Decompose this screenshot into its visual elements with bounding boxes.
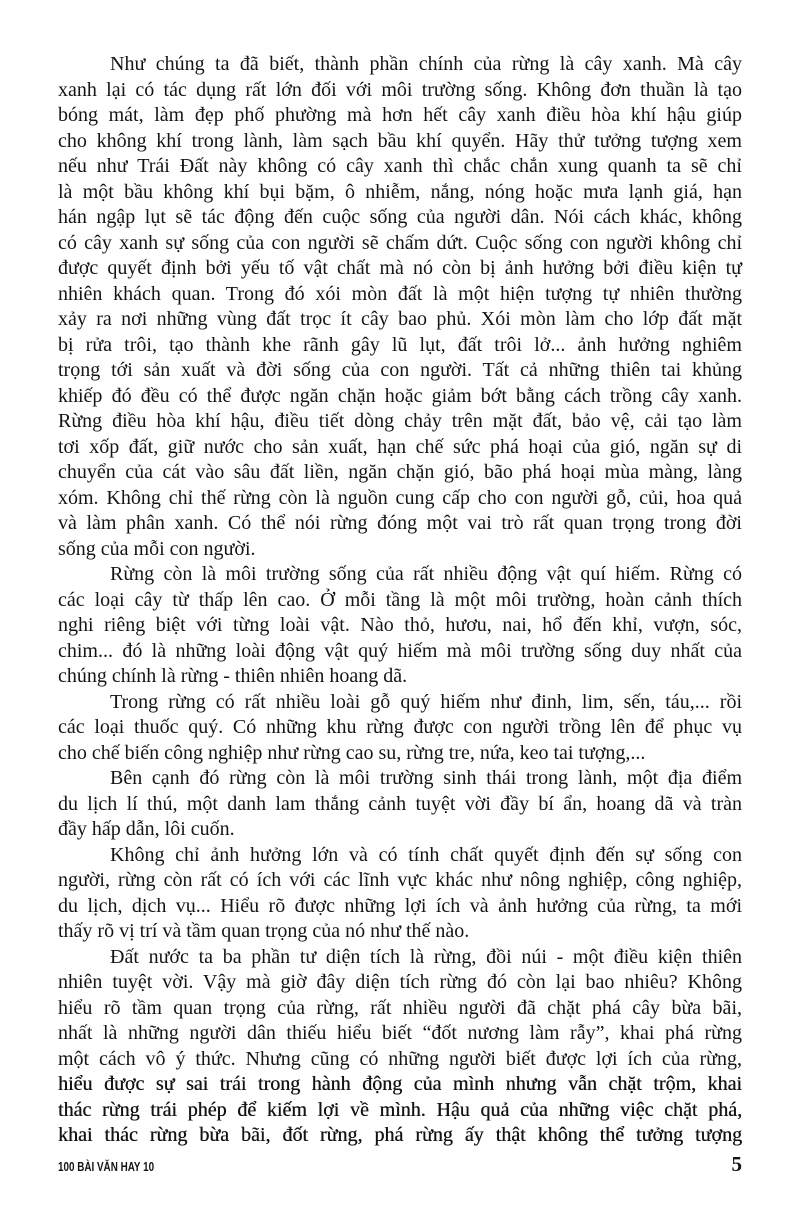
text-line: nhất là những người dân thiếu hiểu biết … [58, 1021, 742, 1047]
text-line: Rừng điều hòa khí hậu, điều tiết dòng ch… [58, 409, 742, 435]
page-number: 5 [732, 1154, 743, 1175]
text-line: và làm phân xanh. Có thể nói rừng đóng m… [58, 511, 742, 537]
text-line: hán ngập lụt sẽ tác động đến cuộc sống c… [58, 205, 742, 231]
paragraph-3: Trong rừng có rất nhiều loài gỗ quý hiếm… [58, 690, 742, 767]
text-line: khiếp đó đều có thể được ngăn chặn hoặc … [58, 384, 742, 410]
text-line: thác rừng trái phép để kiếm lợi về mình.… [58, 1098, 742, 1124]
text-line: các loại thuốc quý. Có những khu rừng đư… [58, 715, 742, 741]
paragraph-2: Rừng còn là môi trường sống của rất nhiề… [58, 562, 742, 690]
text-line: nhiên tuyệt vời. Vậy mà giờ đây diện tíc… [58, 970, 742, 996]
text-line: một cách vô ý thức. Nhưng cũng có những … [58, 1047, 742, 1073]
text-line: đầy hấp dẫn, lôi cuốn. [58, 817, 742, 843]
text-line: người, rừng còn rất có ích với các lĩnh … [58, 868, 742, 894]
paragraph-1: Như chúng ta đã biết, thành phần chính c… [58, 52, 742, 562]
body-text: Như chúng ta đã biết, thành phần chính c… [58, 52, 742, 1149]
text-line: hiểu rõ tầm quan trọng của rừng, rất nhi… [58, 996, 742, 1022]
text-line: các loại cây từ thấp lên cao. Ở mỗi tầng… [58, 588, 742, 614]
text-line: được quyết định bởi yếu tố vật chất mà n… [58, 256, 742, 282]
text-line: Rừng còn là môi trường sống của rất nhiề… [58, 562, 742, 588]
text-line: Bên cạnh đó rừng còn là môi trường sinh … [58, 766, 742, 792]
text-line: nghi riêng biệt với từng loài vật. Nào t… [58, 613, 742, 639]
text-line: Trong rừng có rất nhiều loài gỗ quý hiếm… [58, 690, 742, 716]
text-line: là một bầu không khí bụi bặm, ô nhiễm, n… [58, 180, 742, 206]
text-line: cho không khí trong lành, làm sạch bầu k… [58, 129, 742, 155]
text-line: chúng chính là rừng - thiên nhiên hoang … [58, 664, 742, 690]
text-line: du lịch, dịch vụ... Hiểu rõ được những l… [58, 894, 742, 920]
text-line: sống của mỗi con người. [58, 537, 742, 563]
text-line: Đất nước ta ba phần tư diện tích là rừng… [58, 945, 742, 971]
text-line: xanh lại có tác dụng rất lớn đối với môi… [58, 78, 742, 104]
text-line: chuyển của cát vào sâu đất liền, ngăn ch… [58, 460, 742, 486]
text-line: Như chúng ta đã biết, thành phần chính c… [58, 52, 742, 78]
text-line: bóng mát, làm đẹp phố phường mà hơn hết … [58, 103, 742, 129]
text-line: khai thác rừng bừa bãi, đốt rừng, phá rừ… [58, 1123, 742, 1149]
text-line: thấy rõ vị trí và tầm quan trọng của nó … [58, 919, 742, 945]
text-line: chim... đó là những loài động vật quý hi… [58, 639, 742, 665]
text-line: cho chế biến công nghiệp như rừng cao su… [58, 741, 742, 767]
paragraph-6: Đất nước ta ba phần tư diện tích là rừng… [58, 945, 742, 1149]
footer-book-title: 100 BÀI VĂN HAY 10 [58, 1161, 154, 1174]
text-line: du lịch lí thú, một danh lam thắng cảnh … [58, 792, 742, 818]
text-line: Không chỉ ảnh hưởng lớn và có tính chất … [58, 843, 742, 869]
text-line: tơi xốp đất, giữ nước cho sản xuất, hạn … [58, 435, 742, 461]
paragraph-4: Bên cạnh đó rừng còn là môi trường sinh … [58, 766, 742, 843]
text-line: xóm. Không chỉ thế rừng còn là nguồn cun… [58, 486, 742, 512]
text-line: trọng tới sản xuất và đời sống của con n… [58, 358, 742, 384]
text-line: hiểu được sự sai trái trong hành động củ… [58, 1072, 742, 1098]
text-line: bị rửa trôi, tạo thành khe rãnh gây lũ l… [58, 333, 742, 359]
book-page: Như chúng ta đã biết, thành phần chính c… [0, 0, 800, 1216]
paragraph-5: Không chỉ ảnh hưởng lớn và có tính chất … [58, 843, 742, 945]
text-line: xảy ra nơi những vùng đất trọc ít cây ba… [58, 307, 742, 333]
text-line: nếu như Trái Đất này không có cây xanh t… [58, 154, 742, 180]
text-line: có cây xanh sự sống của con người sẽ chấ… [58, 231, 742, 257]
text-line: nhiên khách quan. Trong đó xói mòn đất l… [58, 282, 742, 308]
